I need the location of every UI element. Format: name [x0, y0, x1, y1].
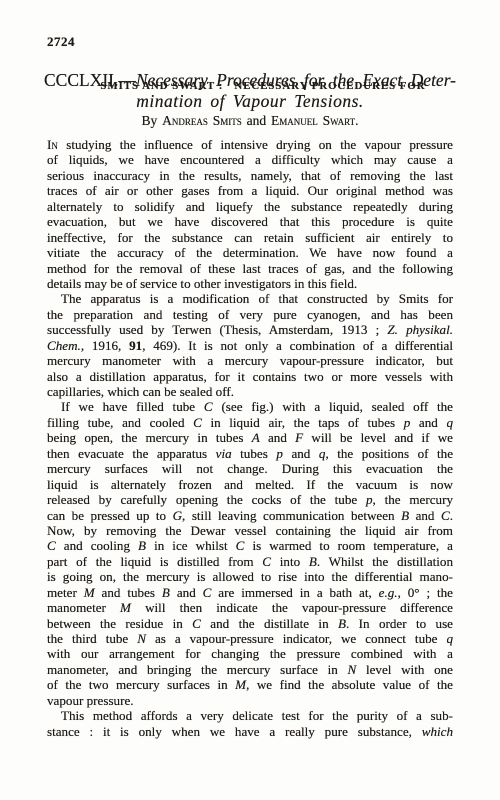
text-line: released by carefully opening the cocks …	[47, 492, 453, 507]
paragraph: If we have filled tube C (see fig.) with…	[47, 399, 453, 708]
text-segment: as a vapour-pressure indicator, we conne…	[146, 631, 447, 646]
text-segment: will be level and if we	[303, 430, 453, 445]
text-segment: released by carefully opening the cocks …	[47, 492, 366, 507]
page-number: 2724	[47, 34, 75, 49]
text-line: being open, the mercury in tubes A and F…	[47, 430, 453, 445]
text-segment: , 0° ; the	[398, 585, 453, 600]
text-segment: .	[355, 113, 358, 128]
text-segment: are immersed in a bath at,	[211, 585, 378, 600]
text-segment: C	[204, 399, 213, 414]
text-segment: capillaries, which can be sealed off.	[47, 384, 234, 399]
text-line: with our arrangement for changing the pr…	[47, 646, 453, 661]
text-segment: in liquid air, the taps of tubes	[202, 415, 404, 430]
text-line: method for the removal of these last tra…	[47, 261, 453, 276]
text-line: liquid is alternately frozen and melted.…	[47, 477, 453, 492]
article-title-line-2: mination of Vapour Tensions.	[44, 91, 456, 112]
text-segment: q	[446, 631, 453, 646]
text-segment: the preparation and testing of very pure…	[47, 307, 453, 322]
text-segment: and	[242, 113, 271, 128]
text-segment: By	[142, 113, 163, 128]
byline: By Andreas Smits and Emanuel Swart.	[47, 112, 453, 129]
text-segment: and	[410, 415, 446, 430]
paragraph: The apparatus is a modification of that …	[47, 291, 453, 399]
text-segment: also a distillation apparatus, for it co…	[47, 369, 453, 384]
text-segment: F	[295, 430, 303, 445]
text-segment: liquid is alternately frozen and melted.…	[47, 477, 453, 492]
text-segment: meter	[47, 585, 84, 600]
text-line: of liquids, we have encountered a diffic…	[47, 152, 453, 167]
text-line: capillaries, which can be sealed off.	[47, 384, 453, 399]
text-line: alternately to solidify and liquefy the …	[47, 199, 453, 214]
text-segment: mercury surfaces will not change. During…	[47, 461, 453, 476]
text-segment: Now, by removing the Dewar vessel contai…	[47, 523, 453, 538]
text-segment: the third tube	[47, 631, 137, 646]
text-line: vapour pressure.	[47, 693, 453, 708]
text-line: This method affords a very delicate test…	[47, 708, 453, 723]
text-line: between the residue in C and the distill…	[47, 616, 453, 631]
text-segment: mercury manometer with a mercury vapour-…	[47, 353, 453, 368]
text-segment: .	[450, 508, 453, 523]
text-segment: This method affords a very delicate test…	[61, 708, 453, 723]
text-segment: B	[338, 616, 346, 631]
text-segment: . In order to use	[346, 616, 453, 631]
text-segment: successfully used by Terwen (Thesis, Ams…	[47, 322, 387, 337]
text-segment: which	[422, 724, 453, 739]
text-segment: stance : it is only when we have a reall…	[47, 724, 422, 739]
text-segment: between the residue in	[47, 616, 192, 631]
text-line: the third tube N as a vapour-pressure in…	[47, 631, 453, 646]
text-line: details may be of service to other inves…	[47, 276, 453, 291]
text-line: serious inaccuracy in the results, namel…	[47, 168, 453, 183]
text-segment: details may be of service to other inves…	[47, 276, 357, 291]
text-line: In studying the influence of intensive d…	[47, 137, 453, 152]
text-segment: G	[173, 508, 182, 523]
text-segment: and	[409, 508, 441, 523]
text-segment: , the mercury	[373, 492, 453, 507]
text-line: traces of air or other gases from a liqu…	[47, 183, 453, 198]
text-segment: manometer, and bringing the mercury surf…	[47, 662, 348, 677]
journal-page: 2724 SMITS AND SWART : NECESSARY PROCEDU…	[0, 0, 500, 800]
text-segment: B	[162, 585, 170, 600]
text-segment: Chem.,	[47, 338, 84, 353]
text-segment: and	[170, 585, 203, 600]
text-line: Chem., 1916, 91, 469). It is not only a …	[47, 338, 453, 353]
text-segment: filling tube, and cooled	[47, 415, 193, 430]
text-line: stance : it is only when we have a reall…	[47, 724, 453, 739]
text-segment: In	[47, 137, 58, 152]
text-segment: A	[252, 430, 260, 445]
text-segment: with our arrangement for changing the pr…	[47, 646, 453, 661]
text-line: evacuation, but we have discovered that …	[47, 214, 453, 229]
text-segment: in ice whilst	[146, 538, 236, 553]
text-segment: q	[446, 415, 453, 430]
text-line: can be pressed up to G, still leaving co…	[47, 508, 453, 523]
text-segment: level with one	[356, 662, 453, 677]
text-segment: part of the liquid is distilled from	[47, 554, 262, 569]
text-segment: N	[348, 662, 357, 677]
text-segment: , the positions of the	[325, 446, 453, 461]
text-segment: is going on, the mercury is allowed to r…	[47, 569, 453, 584]
text-segment: evacuation, but we have discovered that …	[47, 214, 453, 229]
text-segment: 91	[129, 338, 142, 353]
text-line: meter M and tubes B and C are immersed i…	[47, 585, 453, 600]
paragraph: In studying the influence of intensive d…	[47, 137, 453, 291]
text-segment: e.g.	[379, 585, 398, 600]
text-segment: and	[283, 446, 319, 461]
text-segment: method for the removal of these last tra…	[47, 261, 453, 276]
text-segment: vitiate the accuracy of the determinatio…	[47, 245, 453, 260]
text-segment: C	[193, 415, 202, 430]
text-segment: . Whilst the distillation	[317, 554, 453, 569]
text-segment: of the two mercury surfaces in	[47, 677, 235, 692]
text-segment: of liquids, we have encountered a diffic…	[47, 152, 453, 167]
text-segment: B	[401, 508, 409, 523]
text-segment: vapour pressure.	[47, 693, 134, 708]
text-segment: can be pressed up to	[47, 508, 173, 523]
text-segment: via	[216, 446, 232, 461]
text-segment: (see fig.) with a liquid, sealed off the	[213, 399, 453, 414]
article-body: In studying the influence of intensive d…	[47, 137, 453, 739]
text-segment: , we find the absolute value of the	[246, 677, 453, 692]
text-line: then evacuate the apparatus via tubes p …	[47, 446, 453, 461]
text-segment: M	[120, 600, 131, 615]
text-segment: , 469). It is not only a combination of …	[142, 338, 453, 353]
text-segment: B	[309, 554, 317, 569]
text-line: of the two mercury surfaces in M, we fin…	[47, 677, 453, 692]
text-segment: and	[260, 430, 295, 445]
text-line: C and cooling B in ice whilst C is warme…	[47, 538, 453, 553]
text-line: filling tube, and cooled C in liquid air…	[47, 415, 453, 430]
text-segment: being open, the mercury in tubes	[47, 430, 252, 445]
text-line: The apparatus is a modification of that …	[47, 291, 453, 306]
text-segment: C	[192, 616, 201, 631]
text-segment: C	[47, 538, 56, 553]
text-line: mercury surfaces will not change. During…	[47, 461, 453, 476]
article-title-text: Necessary Procedures for the Exact Deter…	[136, 70, 456, 90]
text-line: If we have filled tube C (see fig.) with…	[47, 399, 453, 414]
text-segment: B	[138, 538, 146, 553]
article-number: CCCLXII.—	[44, 70, 136, 90]
text-segment: N	[137, 631, 146, 646]
text-segment: and the distillate in	[201, 616, 338, 631]
text-segment: M	[84, 585, 95, 600]
text-segment: alternately to solidify and liquefy the …	[47, 199, 453, 214]
text-segment: , still leaving communication between	[182, 508, 401, 523]
text-line: also a distillation apparatus, for it co…	[47, 369, 453, 384]
text-segment: M	[235, 677, 246, 692]
text-segment: Andreas Smits	[162, 113, 242, 128]
text-segment: 1916,	[84, 338, 129, 353]
text-segment: If we have filled tube	[61, 399, 204, 414]
text-segment: tubes	[232, 446, 277, 461]
text-segment: will then indicate the vapour-pressure d…	[131, 600, 453, 615]
article-title: CCCLXII.—Necessary Procedures for the Ex…	[44, 70, 456, 112]
text-line: manometer M will then indicate the vapou…	[47, 600, 453, 615]
text-line: Now, by removing the Dewar vessel contai…	[47, 523, 453, 538]
text-line: ineffective, for the substance can retai…	[47, 230, 453, 245]
text-segment: serious inaccuracy in the results, namel…	[47, 168, 453, 183]
paragraph: This method affords a very delicate test…	[47, 708, 453, 739]
text-segment: The apparatus is a modification of that …	[61, 291, 453, 306]
text-segment: C	[262, 554, 271, 569]
text-line: part of the liquid is distilled from C i…	[47, 554, 453, 569]
text-segment: and cooling	[56, 538, 138, 553]
text-line: manometer, and bringing the mercury surf…	[47, 662, 453, 677]
page-header: 2724 SMITS AND SWART : NECESSARY PROCEDU…	[47, 34, 453, 50]
text-line: mercury manometer with a mercury vapour-…	[47, 353, 453, 368]
text-line: vitiate the accuracy of the determinatio…	[47, 245, 453, 260]
text-segment: Emanuel Swart	[271, 113, 355, 128]
text-line: the preparation and testing of very pure…	[47, 307, 453, 322]
text-segment: C	[441, 508, 450, 523]
text-segment: Z. physikal.	[387, 322, 453, 337]
text-segment: into	[271, 554, 309, 569]
article-title-line-1: CCCLXII.—Necessary Procedures for the Ex…	[44, 70, 456, 91]
text-segment: traces of air or other gases from a liqu…	[47, 183, 453, 198]
text-line: successfully used by Terwen (Thesis, Ams…	[47, 322, 453, 337]
text-segment: studying the influence of intensive dryi…	[58, 137, 453, 152]
text-line: is going on, the mercury is allowed to r…	[47, 569, 453, 584]
text-segment: then evacuate the apparatus	[47, 446, 216, 461]
text-segment: is warmed to room temperature, a	[244, 538, 453, 553]
text-segment: manometer	[47, 600, 120, 615]
text-segment: ineffective, for the substance can retai…	[47, 230, 453, 245]
text-segment: and tubes	[95, 585, 162, 600]
